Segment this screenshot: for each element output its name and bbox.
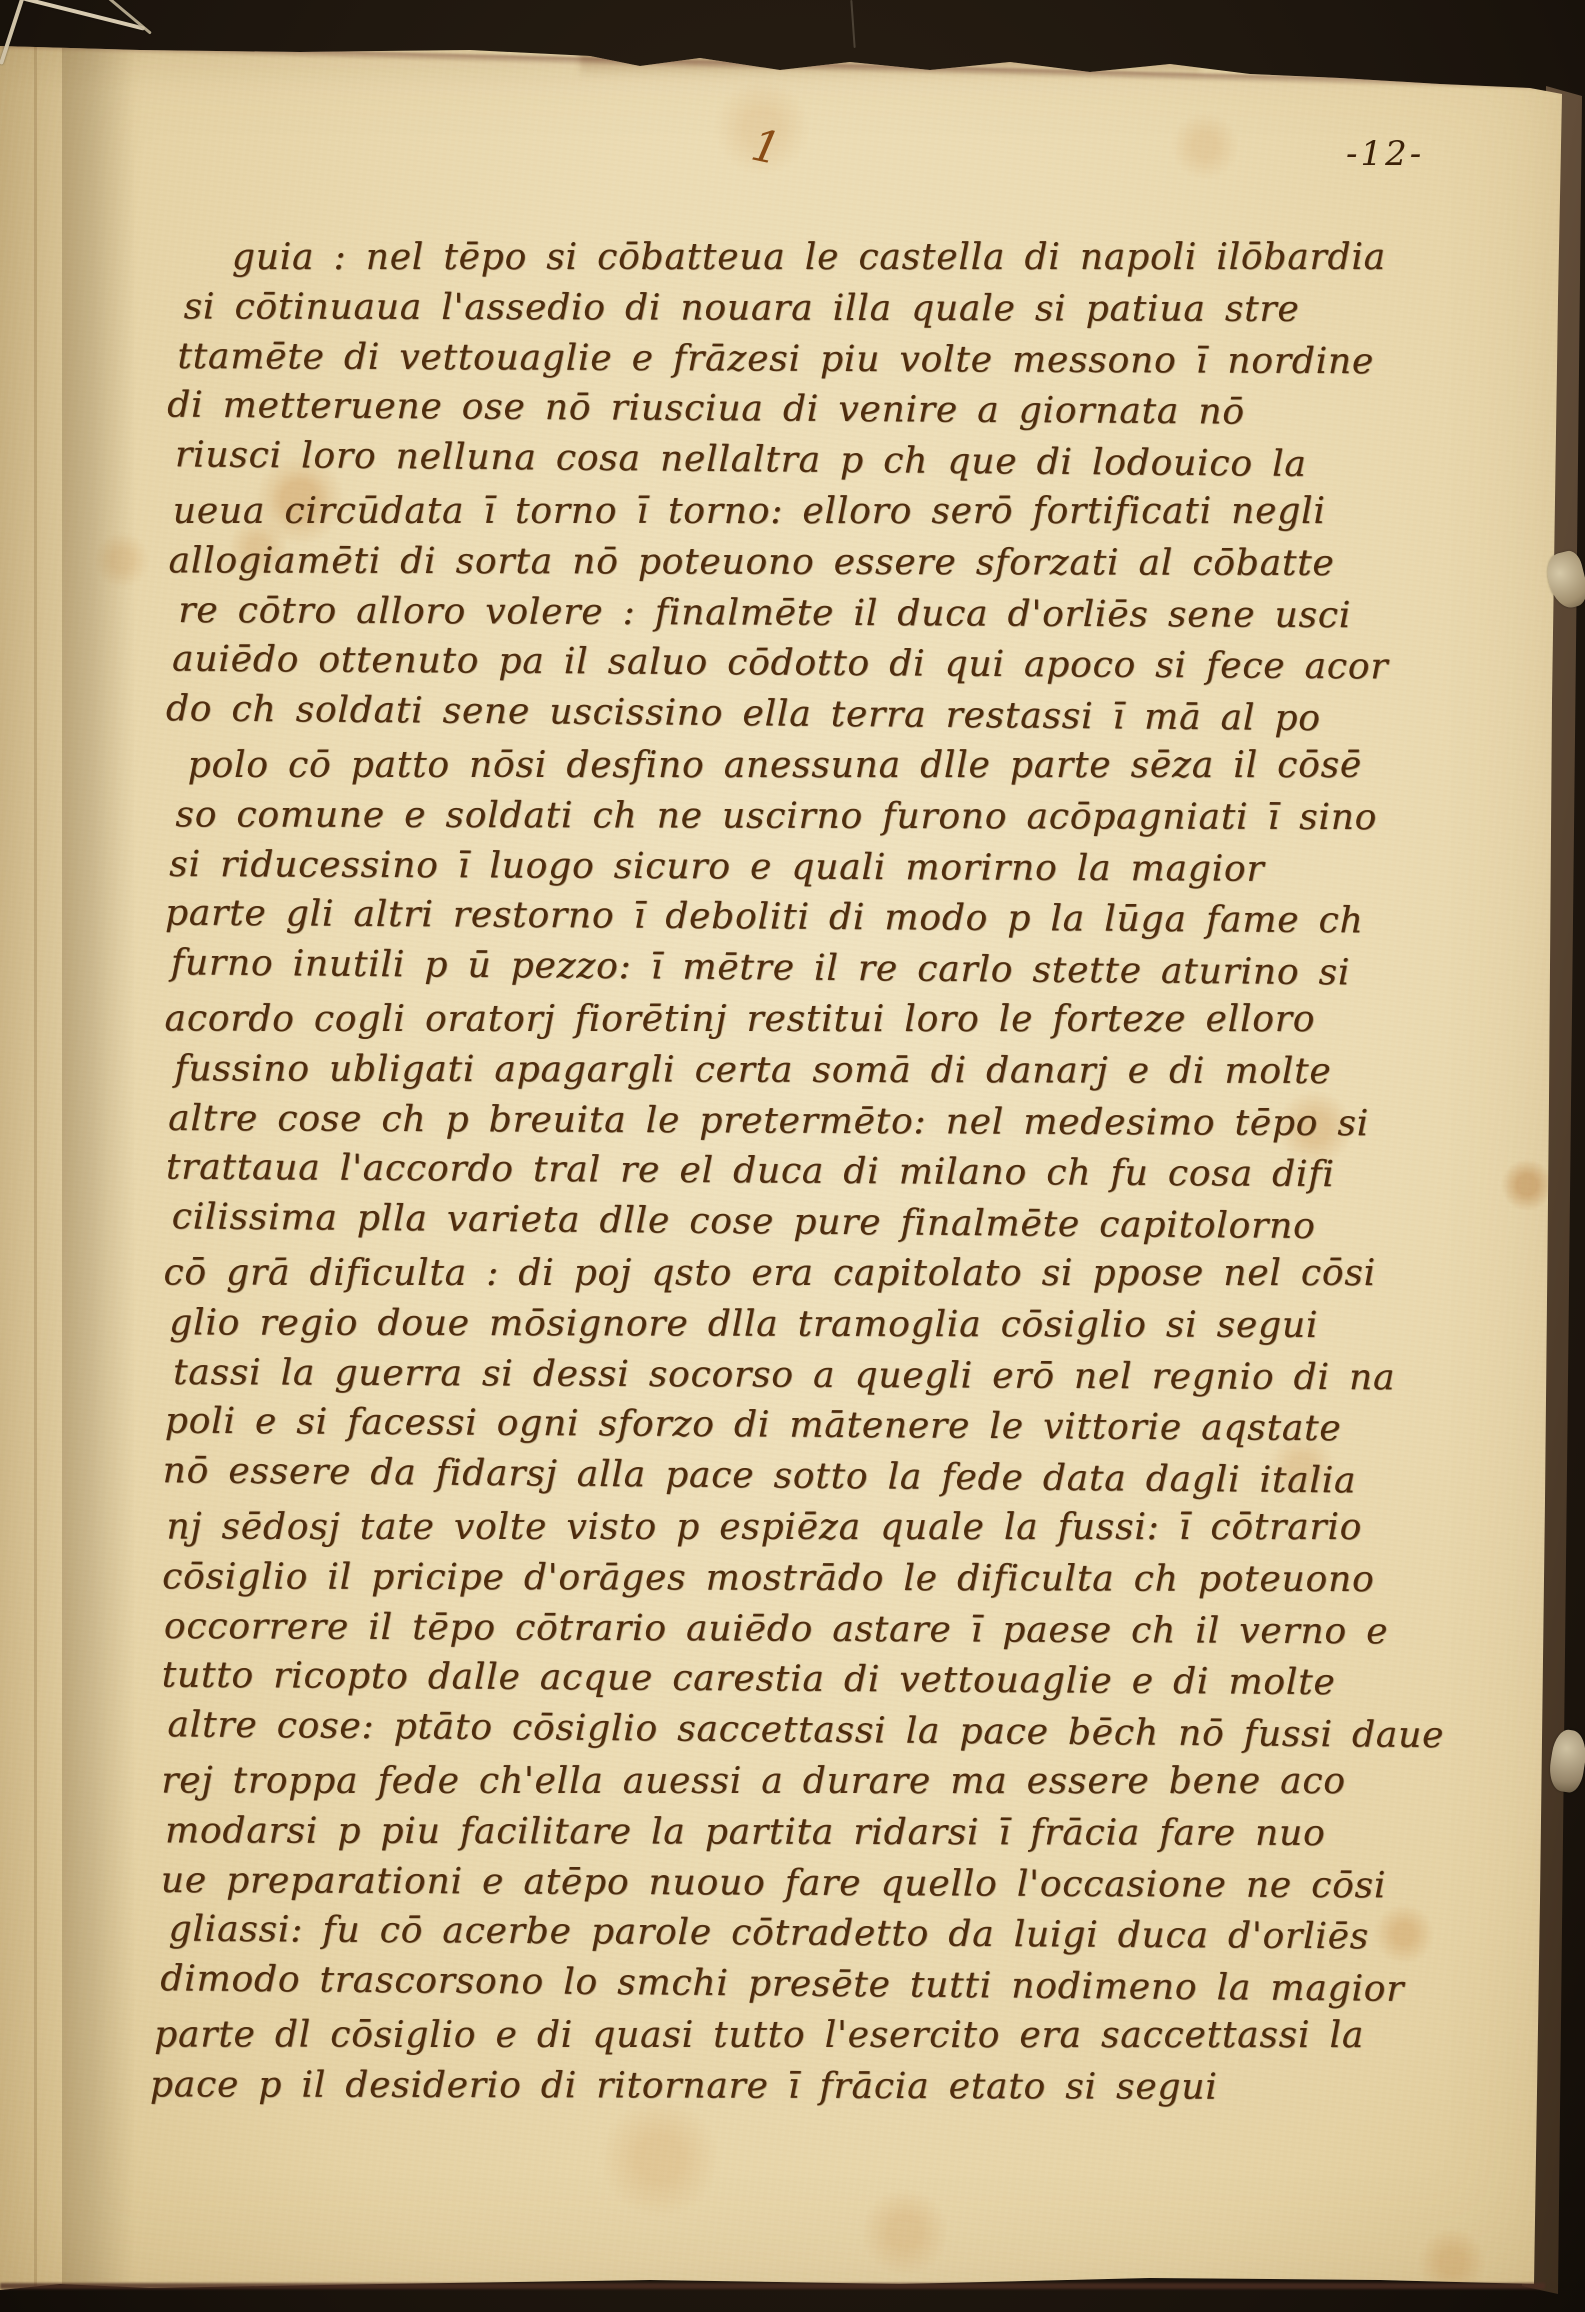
manuscript-line: cōsiglio il pricipe d'orāges mostrādo le…: [162, 1552, 1472, 1606]
manuscript-line: dimodo trascorsono lo smchi presēte tutt…: [160, 1954, 1470, 2016]
gutter-crease-line: [34, 46, 37, 2286]
stray-fiber: [850, 0, 855, 48]
photo-backdrop: 1 -12- guia : nel tēpo si cōbatteua le c…: [0, 0, 1585, 2312]
manuscript-line: so comune e soldati ch ne uscirno furono…: [175, 790, 1475, 844]
manuscript-line: rej troppa fede ch'ella auessi a durare …: [161, 1757, 1471, 1808]
manuscript-line: parte dl cōsiglio e di quasi tutto l'ese…: [154, 2011, 1470, 2062]
manuscript-line: acordo cogli oratorj fiorētinj restitui …: [165, 995, 1475, 1046]
page-top-edge: [0, 42, 1560, 91]
manuscript-line: cō grā dificulta : di poj qsto era capit…: [163, 1249, 1473, 1300]
manuscript-line: allogiamēti di sorta nō poteuono essere …: [168, 536, 1476, 590]
manuscript-line: si riducessino ī luogo sicuro e quali mo…: [169, 840, 1475, 896]
manuscript-line: modarsi p piu facilitare la partita rida…: [165, 1806, 1471, 1860]
manuscript-line: altre cose ch p breuita le pretermēto: n…: [168, 1094, 1474, 1150]
manuscript-line: tassi la guerra si dessi socorso a quegl…: [173, 1348, 1473, 1404]
manuscript-line: occorrere il tēpo cōtrario auiēdo astare…: [164, 1602, 1472, 1659]
page-number: -12-: [1346, 134, 1424, 174]
manuscript-line: guia : nel tēpo si cōbatteua le castella…: [232, 233, 1478, 284]
manuscript-line: glio regio doue mōsignore dlla tramoglia…: [169, 1298, 1473, 1352]
manuscript-line: nō essere da fidarsj alla pace sotto la …: [162, 1446, 1472, 1508]
manuscript-line: furno inutili p ū pezzo: ī mētre il re c…: [171, 938, 1475, 1000]
manuscript-page: 1 -12- guia : nel tēpo si cōbatteua le c…: [0, 0, 1585, 2312]
manuscript-line: ue preparationi e atēpo nuouo fare quell…: [161, 1855, 1471, 1912]
manuscript-line: re cōtro alloro volere : finalmēte il du…: [178, 586, 1476, 642]
gutter-shadow: [62, 40, 148, 2290]
manuscript-line: pace p il desiderio di ritornare ī frāci…: [150, 2060, 1470, 2114]
manuscript-line: ueua circūdata ī torno ī torno: elloro s…: [173, 487, 1477, 538]
manuscript-line: cilissima plla varieta dlle cose pure fi…: [171, 1192, 1473, 1254]
manuscript-line: nj sēdosj tate volte visto p espiēza qua…: [166, 1503, 1472, 1554]
manuscript-line: ttamēte di vettouaglie e frāzesi piu vol…: [177, 332, 1477, 388]
manuscript-line: polo cō patto nōsi desfino anessuna dlle…: [188, 741, 1476, 792]
manuscript-line: si cōtinuaua l'assedio di nouara illa qu…: [184, 282, 1478, 336]
manuscript-line: fussino ubligati apagargli certa somā di…: [174, 1044, 1474, 1098]
manuscript-line: riusci loro nelluna cosa nellaltra p ch …: [175, 430, 1477, 492]
folio-mark: 1: [747, 120, 785, 176]
manuscript-line: do ch soldati sene uscissino ella terra …: [166, 684, 1476, 746]
page-bottom-edge: [0, 2283, 1545, 2289]
manuscript-text-block: guia : nel tēpo si cōbatteua le castella…: [160, 230, 1478, 2115]
manuscript-line: altre cose: ptāto cōsiglio saccettassi l…: [167, 1700, 1471, 1762]
